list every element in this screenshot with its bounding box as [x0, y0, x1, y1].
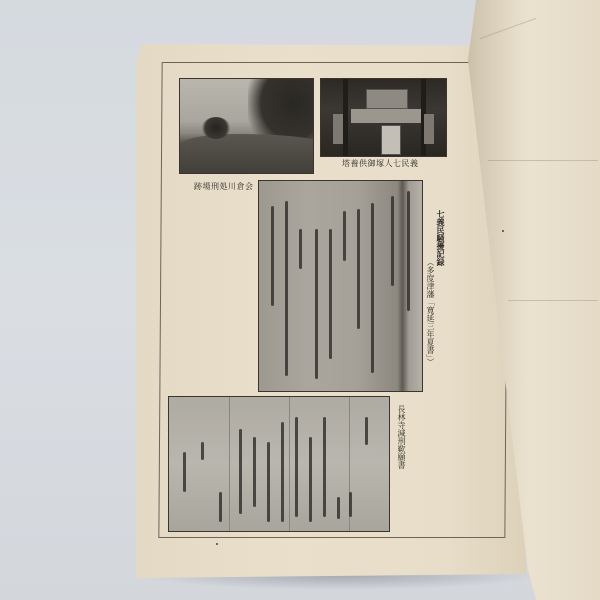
- paper-speck: [502, 230, 504, 232]
- script-stroke: [219, 492, 222, 522]
- fold-line: [229, 397, 230, 531]
- script-stroke: [201, 442, 204, 460]
- script-stroke: [239, 429, 242, 514]
- petition-photo: [168, 396, 390, 532]
- small-tree-shape: [202, 117, 230, 139]
- memorial-tower-photo: [320, 78, 447, 157]
- roof-shape: [351, 109, 421, 123]
- petition-caption: 長林寺減刑歎願書: [397, 405, 406, 469]
- pillar-shape: [343, 79, 348, 156]
- script-stroke: [267, 442, 270, 522]
- script-stroke: [323, 417, 326, 517]
- script-stroke: [371, 203, 374, 373]
- script-stroke: [315, 229, 318, 379]
- hill-shape: [180, 134, 314, 174]
- script-stroke: [329, 229, 332, 359]
- fold-line: [289, 397, 290, 531]
- execution-site-caption: 跡場刑処川倉会: [194, 181, 254, 192]
- script-stroke: [285, 201, 288, 376]
- script-stroke: [357, 209, 360, 329]
- script-stroke: [295, 417, 298, 517]
- faint-rule: [508, 300, 598, 301]
- script-stroke: [391, 196, 394, 286]
- script-stroke: [365, 417, 368, 445]
- script-stroke: [337, 497, 340, 519]
- script-stroke: [271, 206, 274, 306]
- script-stroke: [183, 452, 186, 492]
- script-stroke: [253, 437, 256, 507]
- riot-record-caption-subtitle: （多度津藩「寛延三年夏書」）: [426, 258, 435, 366]
- script-stroke: [299, 229, 302, 269]
- lantern-shape: [424, 114, 434, 144]
- riot-record-photo: [258, 180, 423, 392]
- riot-record-caption-title: 七義民騒擾記録: [436, 210, 445, 266]
- faint-rule: [488, 160, 598, 161]
- execution-site-photo: [179, 78, 314, 174]
- sign-shape: [366, 89, 408, 109]
- gate-shape: [381, 125, 401, 155]
- script-stroke: [349, 492, 352, 517]
- script-stroke: [343, 211, 346, 261]
- script-stroke: [309, 437, 312, 522]
- memorial-tower-caption: 塔養供御塚人七民義: [342, 158, 419, 169]
- script-stroke: [407, 191, 410, 311]
- book-photo-scene: 跡場刑処川倉会 塔養供御塚人七民義 七義民騒擾記録 （多度津藩「寛延三年夏書」）: [0, 0, 600, 600]
- lantern-shape: [333, 114, 343, 144]
- paper-speck: [216, 543, 218, 545]
- script-stroke: [281, 422, 284, 522]
